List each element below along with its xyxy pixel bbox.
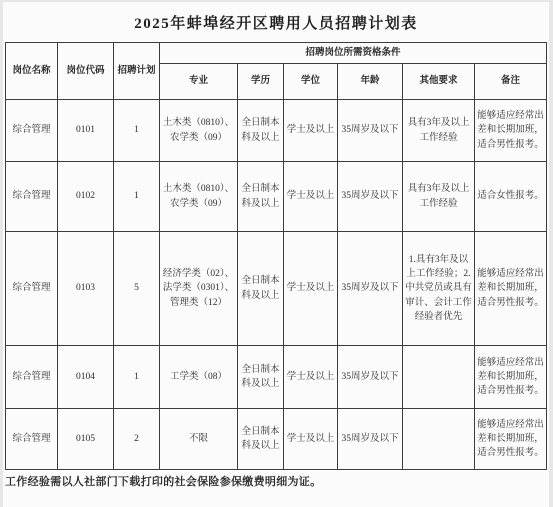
table-row: 综合管理 0101 1 土木类（0810）、农学类（09） 全日制本科及以上 学… — [6, 100, 547, 162]
cell-remarks: 能够适应经常出差和长期加班，适合男性报考。 — [475, 409, 547, 470]
col-header-degree: 学位 — [284, 64, 338, 100]
cell-recruit-plan: 1 — [114, 346, 160, 409]
cell-education: 全日制本科及以上 — [238, 409, 284, 470]
cell-position-name: 综合管理 — [6, 346, 58, 409]
col-header-education: 学历 — [238, 64, 284, 100]
cell-position-name: 综合管理 — [6, 100, 58, 162]
cell-other-requirements: 1.具有3年及以上工作经验；2.中共党员或具有审计、会计工作经验者优先 — [403, 232, 475, 346]
cell-position-code: 0104 — [58, 346, 114, 409]
cell-degree: 学士及以上 — [284, 162, 338, 232]
cell-age: 35周岁及以下 — [338, 346, 403, 409]
cell-remarks: 适合女性报考。 — [475, 162, 547, 232]
page-title: 2025年蚌埠经开区聘用人员招聘计划表 — [3, 2, 549, 42]
table-row: 综合管理 0104 1 工学类（08） 全日制本科及以上 学士及以上 35周岁及… — [6, 346, 547, 409]
cell-major: 经济学类（02）、法学类（0301）、管理类（12） — [160, 232, 238, 346]
cell-remarks: 能够适应经常出差和长期加班，适合男性报考。 — [475, 346, 547, 409]
cell-remarks: 能够适应经常出差和长期加班，适合男性报考。 — [475, 232, 547, 346]
cell-education: 全日制本科及以上 — [238, 346, 284, 409]
cell-degree: 学士及以上 — [284, 409, 338, 470]
cell-education: 全日制本科及以上 — [238, 100, 284, 162]
document-page: 2025年蚌埠经开区聘用人员招聘计划表 岗位名称 岗位代码 招聘计划 招聘岗位所… — [3, 2, 549, 507]
cell-education: 全日制本科及以上 — [238, 162, 284, 232]
cell-recruit-plan: 2 — [114, 409, 160, 470]
table-row: 综合管理 0105 2 不限 全日制本科及以上 学士及以上 35周岁及以下 能够… — [6, 409, 547, 470]
cell-other-requirements: 具有3年及以上工作经验 — [403, 100, 475, 162]
cell-position-code: 0102 — [58, 162, 114, 232]
cell-position-name: 综合管理 — [6, 409, 58, 470]
cell-major: 土木类（0810）、农学类（09） — [160, 100, 238, 162]
cell-other-requirements — [403, 346, 475, 409]
cell-other-requirements — [403, 409, 475, 470]
cell-age: 35周岁及以下 — [338, 162, 403, 232]
recruitment-plan-table: 岗位名称 岗位代码 招聘计划 招聘岗位所需资格条件 专业 学历 学位 年龄 其他… — [5, 42, 547, 470]
col-header-position-name: 岗位名称 — [6, 43, 58, 100]
cell-position-code: 0105 — [58, 409, 114, 470]
col-header-remarks: 备注 — [475, 64, 547, 100]
cell-degree: 学士及以上 — [284, 346, 338, 409]
cell-major: 土木类（0810）、农学类（09） — [160, 162, 238, 232]
cell-position-code: 0101 — [58, 100, 114, 162]
cell-other-requirements: 具有3年及以上工作经验 — [403, 162, 475, 232]
cell-major: 不限 — [160, 409, 238, 470]
col-header-age: 年龄 — [338, 64, 403, 100]
cell-education: 全日制本科及以上 — [238, 232, 284, 346]
header-row-top: 岗位名称 岗位代码 招聘计划 招聘岗位所需资格条件 — [6, 43, 547, 64]
col-header-position-code: 岗位代码 — [58, 43, 114, 100]
cell-age: 35周岁及以下 — [338, 100, 403, 162]
col-header-qualification-group: 招聘岗位所需资格条件 — [160, 43, 547, 64]
cell-position-code: 0103 — [58, 232, 114, 346]
col-header-other-requirements: 其他要求 — [403, 64, 475, 100]
cell-age: 35周岁及以下 — [338, 409, 403, 470]
cell-recruit-plan: 5 — [114, 232, 160, 346]
cell-position-name: 综合管理 — [6, 162, 58, 232]
col-header-recruit-plan: 招聘计划 — [114, 43, 160, 100]
cell-degree: 学士及以上 — [284, 100, 338, 162]
cell-major: 工学类（08） — [160, 346, 238, 409]
table-row: 综合管理 0102 1 土木类（0810）、农学类（09） 全日制本科及以上 学… — [6, 162, 547, 232]
table-row: 综合管理 0103 5 经济学类（02）、法学类（0301）、管理类（12） 全… — [6, 232, 547, 346]
cell-remarks: 能够适应经常出差和长期加班，适合男性报考。 — [475, 100, 547, 162]
col-header-major: 专业 — [160, 64, 238, 100]
cell-degree: 学士及以上 — [284, 232, 338, 346]
footer-note: 工作经验需以人社部门下载打印的社会保险参保缴费明细为证。 — [3, 470, 549, 489]
cell-recruit-plan: 1 — [114, 162, 160, 232]
cell-recruit-plan: 1 — [114, 100, 160, 162]
cell-age: 35周岁及以下 — [338, 232, 403, 346]
cell-position-name: 综合管理 — [6, 232, 58, 346]
